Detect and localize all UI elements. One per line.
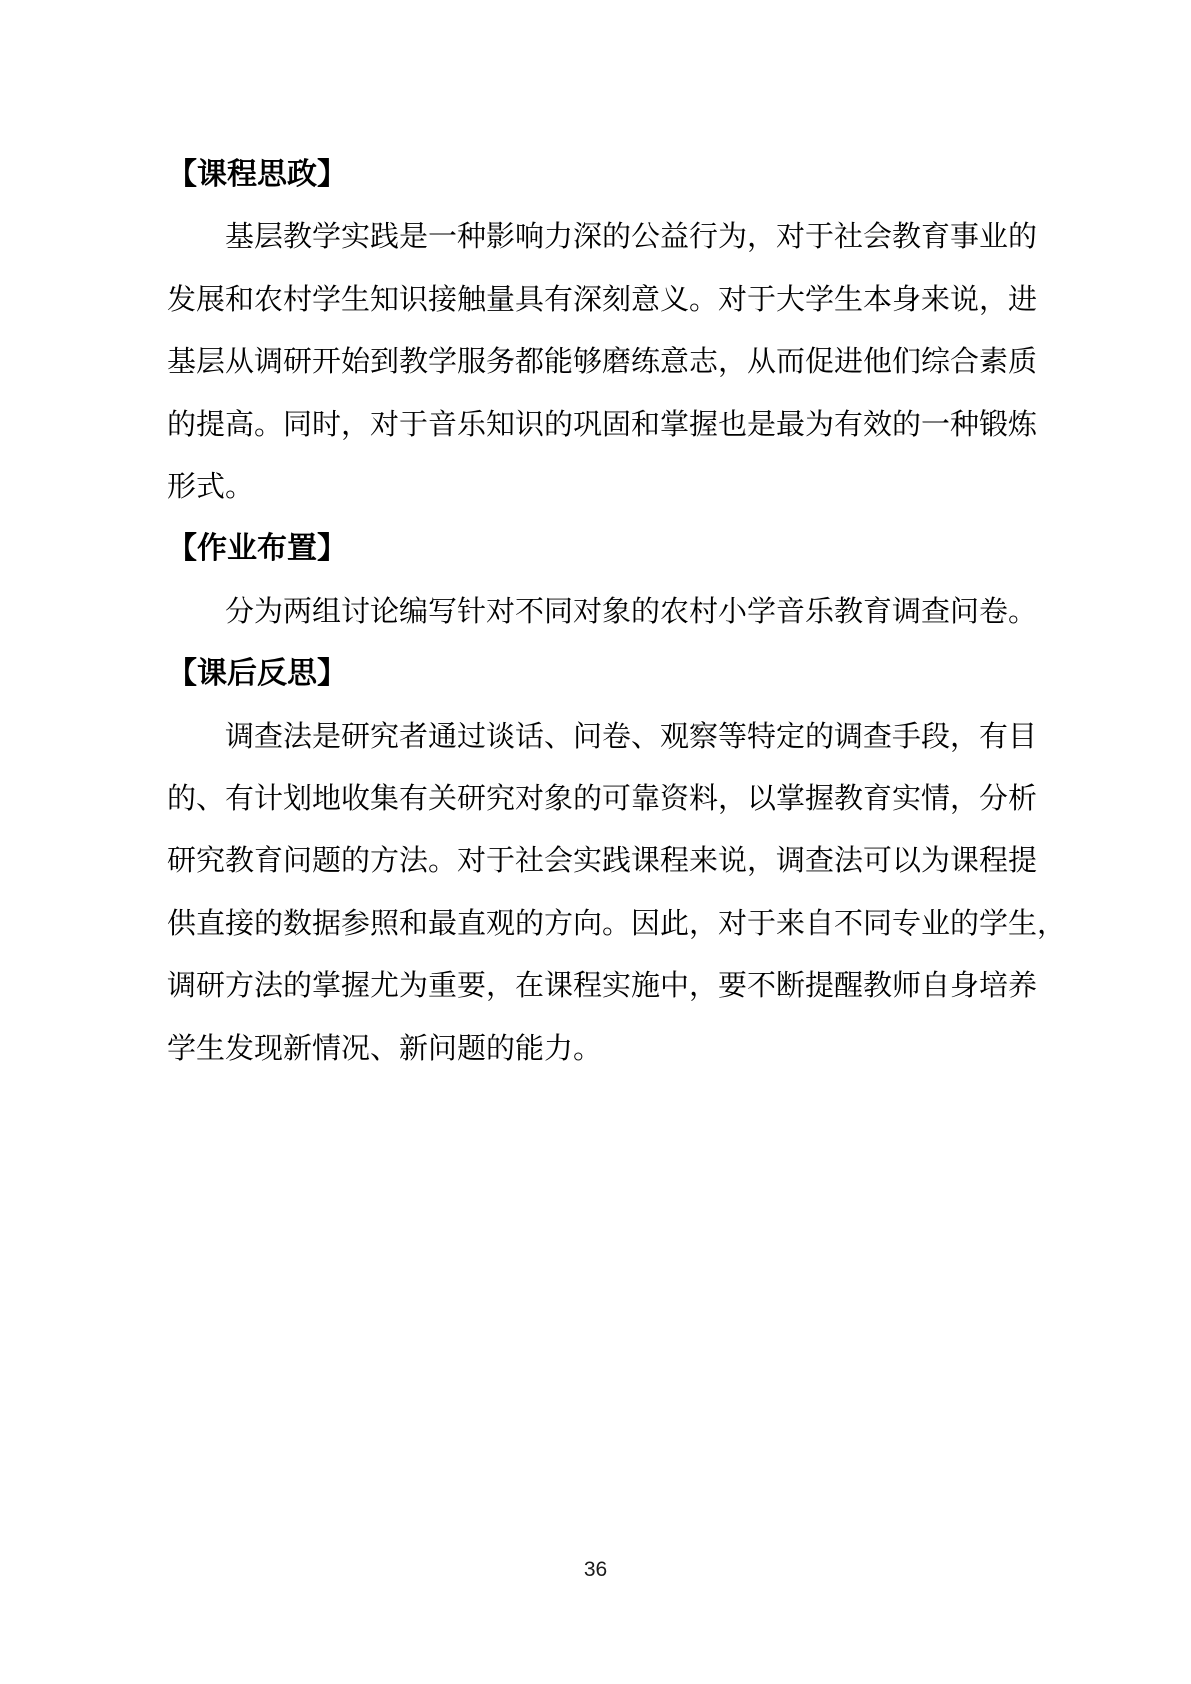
section-heading: 【作业布置】 xyxy=(167,518,1020,580)
paragraph-line: 调查法是研究者通过谈话、问卷、观察等特定的调查手段，有目 xyxy=(167,706,1020,768)
paragraph: 调查法是研究者通过谈话、问卷、观察等特定的调查手段，有目的、有计划地收集有关研究… xyxy=(167,706,1020,1080)
page-number: 36 xyxy=(0,1558,1191,1582)
paragraph-line: 分为两组讨论编写针对不同对象的农村小学音乐教育调查问卷。 xyxy=(167,581,1020,643)
paragraph-line: 供直接的数据参照和最直观的方向。因此，对于来自不同专业的学生， xyxy=(167,893,1020,955)
paragraph-line: 调研方法的掌握尤为重要，在课程实施中，要不断提醒教师自身培养 xyxy=(167,955,1020,1017)
document-content: 【课程思政】基层教学实践是一种影响力深的公益行为，对于社会教育事业的发展和农村学… xyxy=(167,144,1020,1080)
paragraph-line: 的提高。同时，对于音乐知识的巩固和掌握也是最为有效的一种锻炼 xyxy=(167,394,1020,456)
paragraph-line: 发展和农村学生知识接触量具有深刻意义。对于大学生本身来说，进 xyxy=(167,269,1020,331)
paragraph: 基层教学实践是一种影响力深的公益行为，对于社会教育事业的发展和农村学生知识接触量… xyxy=(167,206,1020,518)
paragraph-line: 研究教育问题的方法。对于社会实践课程来说，调查法可以为课程提 xyxy=(167,830,1020,892)
paragraph-line: 基层教学实践是一种影响力深的公益行为，对于社会教育事业的 xyxy=(167,206,1020,268)
paragraph: 分为两组讨论编写针对不同对象的农村小学音乐教育调查问卷。 xyxy=(167,581,1020,643)
section-heading: 【课程思政】 xyxy=(167,144,1020,206)
paragraph-line: 的、有计划地收集有关研究对象的可靠资料，以掌握教育实情，分析 xyxy=(167,768,1020,830)
document-page: 【课程思政】基层教学实践是一种影响力深的公益行为，对于社会教育事业的发展和农村学… xyxy=(0,0,1191,1684)
paragraph-line: 学生发现新情况、新问题的能力。 xyxy=(167,1018,1020,1080)
section-heading: 【课后反思】 xyxy=(167,643,1020,705)
paragraph-line: 形式。 xyxy=(167,456,1020,518)
paragraph-line: 基层从调研开始到教学服务都能够磨练意志，从而促进他们综合素质 xyxy=(167,331,1020,393)
